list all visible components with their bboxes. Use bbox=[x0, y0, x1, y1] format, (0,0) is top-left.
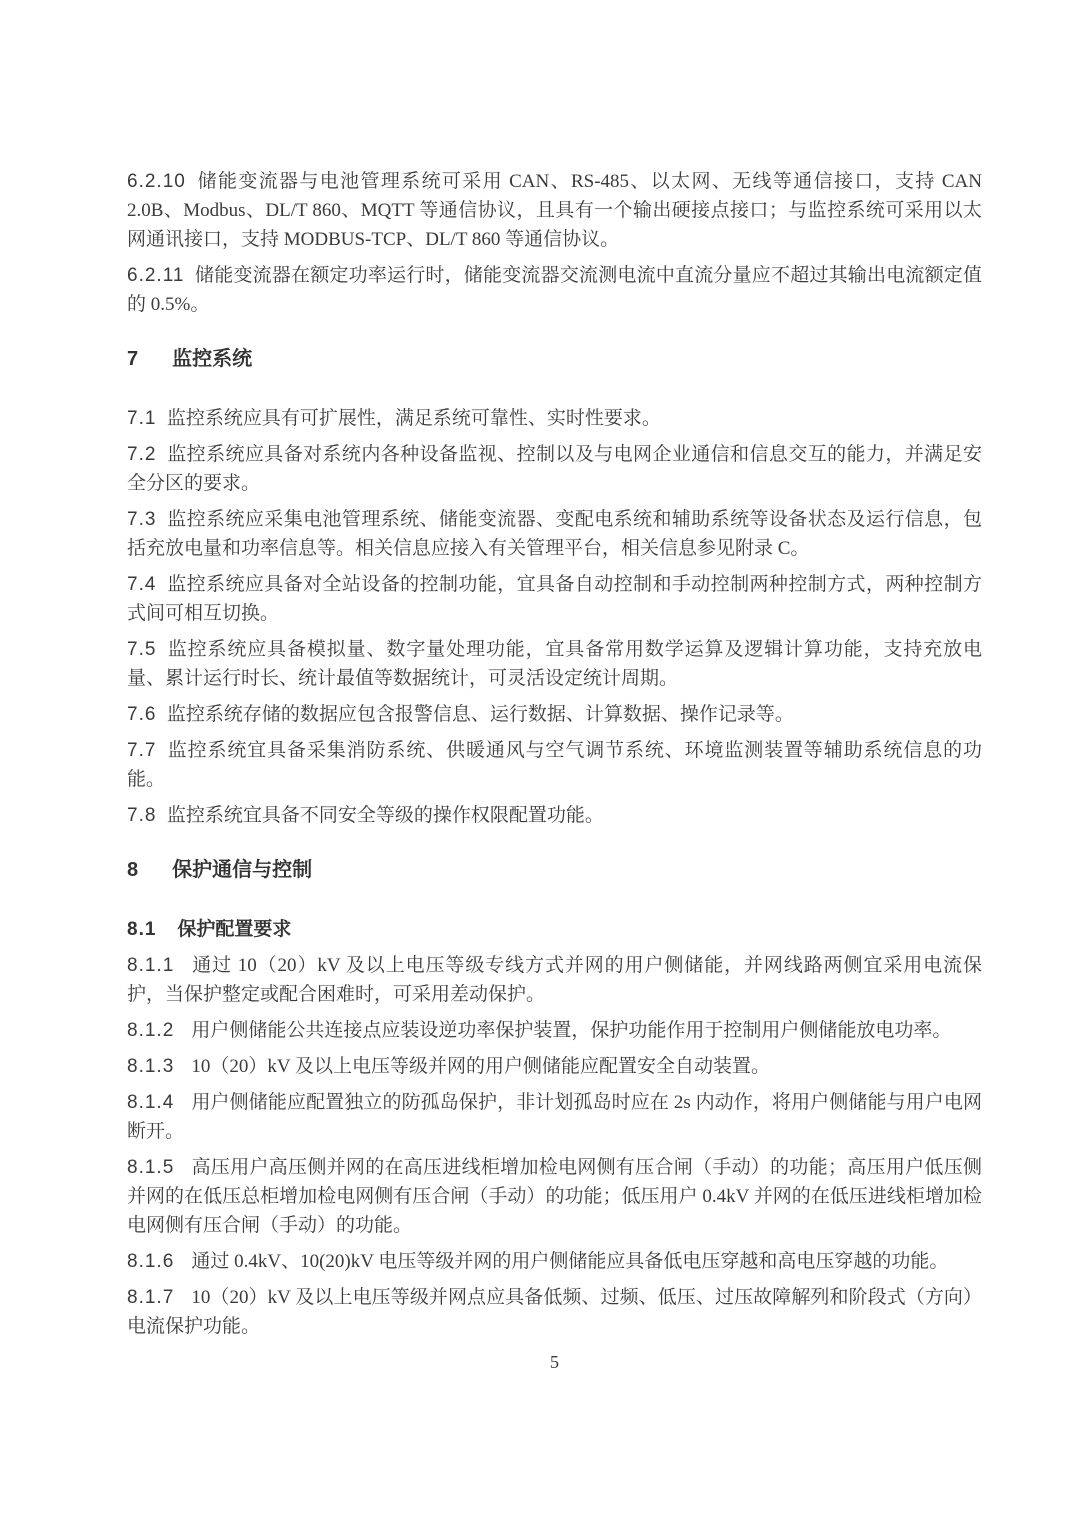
clause-number: 7.8 bbox=[127, 805, 156, 826]
clause-text: 用户侧储能应配置独立的防孤岛保护，非计划孤岛时应在 2s 内动作，将用户侧储能与… bbox=[127, 1092, 982, 1142]
clause-text: 储能变流器与电池管理系统可采用 CAN、RS-485、以太网、无线等通信接口，支… bbox=[127, 171, 982, 250]
clause-number: 7.2 bbox=[127, 444, 156, 465]
clause-number: 8.1.3 bbox=[127, 1056, 174, 1077]
clause-number: 7.3 bbox=[127, 509, 156, 530]
clause-text: 监控系统应具备对系统内各种设备监视、控制以及与电网企业通信和信息交互的能力，并满… bbox=[127, 444, 982, 494]
clause-text: 通过 0.4kV、10(20)kV 电压等级并网的用户侧储能应具备低电压穿越和高… bbox=[191, 1251, 948, 1272]
clause-text: 监控系统应具备对全站设备的控制功能，宜具备自动控制和手动控制两种控制方式，两种控… bbox=[127, 574, 982, 624]
clause-text: 用户侧储能公共连接点应装设逆功率保护装置，保护功能作用于控制用户侧储能放电功率。 bbox=[191, 1020, 951, 1041]
clause-number: 8.1.5 bbox=[127, 1157, 174, 1178]
page-footer: 5 bbox=[127, 1348, 982, 1377]
clause-text: 监控系统存储的数据应包含报警信息、运行数据、计算数据、操作记录等。 bbox=[167, 704, 794, 725]
clause-8-1-2: 8.1.2用户侧储能公共连接点应装设逆功率保护装置，保护功能作用于控制用户侧储能… bbox=[127, 1016, 982, 1045]
clause-text: 监控系统应采集电池管理系统、储能变流器、变配电系统和辅助系统等设备状态及运行信息… bbox=[127, 509, 982, 559]
section-8-1-heading: 8.1保护配置要求 bbox=[127, 915, 982, 944]
document-page: 6.2.10储能变流器与电池管理系统可采用 CAN、RS-485、以太网、无线等… bbox=[0, 0, 1080, 1527]
clause-text: 储能变流器在额定功率运行时，储能变流器交流测电流中直流分量应不超过其输出电流额定… bbox=[127, 265, 982, 315]
page-number: 5 bbox=[550, 1352, 559, 1372]
clause-number: 8.1.2 bbox=[127, 1020, 174, 1041]
clause-7-6: 7.6监控系统存储的数据应包含报警信息、运行数据、计算数据、操作记录等。 bbox=[127, 700, 982, 729]
clause-number: 6.2.10 bbox=[127, 171, 186, 192]
section-title: 监控系统 bbox=[172, 348, 252, 370]
clause-8-1-6: 8.1.6通过 0.4kV、10(20)kV 电压等级并网的用户侧储能应具备低电… bbox=[127, 1247, 982, 1276]
section-number: 8.1 bbox=[127, 919, 156, 940]
clause-text: 高压用户高压侧并网的在高压进线柜增加检电网侧有压合闸（手动）的功能；高压用户低压… bbox=[127, 1157, 982, 1236]
clause-text: 10（20）kV 及以上电压等级并网点应具备低频、过频、低压、过压故障解列和阶段… bbox=[127, 1287, 982, 1337]
clause-7-1: 7.1监控系统应具有可扩展性，满足系统可靠性、实时性要求。 bbox=[127, 404, 982, 433]
section-title: 保护配置要求 bbox=[177, 919, 291, 940]
section-title: 保护通信与控制 bbox=[172, 859, 312, 881]
clause-number: 7.7 bbox=[127, 740, 156, 761]
clause-number: 8.1.6 bbox=[127, 1251, 174, 1272]
clause-number: 6.2.11 bbox=[127, 265, 184, 286]
clause-text: 监控系统应具有可扩展性，满足系统可靠性、实时性要求。 bbox=[167, 408, 661, 429]
clause-text: 通过 10（20）kV 及以上电压等级专线方式并网的用户侧储能，并网线路两侧宜采… bbox=[127, 955, 982, 1005]
section-number: 7 bbox=[127, 348, 138, 370]
clause-7-8: 7.8监控系统宜具备不同安全等级的操作权限配置功能。 bbox=[127, 801, 982, 830]
clause-6-2-11: 6.2.11储能变流器在额定功率运行时，储能变流器交流测电流中直流分量应不超过其… bbox=[127, 261, 982, 319]
clause-8-1-5: 8.1.5高压用户高压侧并网的在高压进线柜增加检电网侧有压合闸（手动）的功能；高… bbox=[127, 1153, 982, 1240]
clause-7-7: 7.7监控系统宜具备采集消防系统、供暖通风与空气调节系统、环境监测装置等辅助系统… bbox=[127, 736, 982, 794]
clause-text: 监控系统应具备模拟量、数字量处理功能，宜具备常用数学运算及逻辑计算功能，支持充放… bbox=[127, 639, 982, 689]
clause-7-4: 7.4监控系统应具备对全站设备的控制功能，宜具备自动控制和手动控制两种控制方式，… bbox=[127, 570, 982, 628]
clause-number: 8.1.4 bbox=[127, 1092, 174, 1113]
clause-number: 7.4 bbox=[127, 574, 156, 595]
clause-7-5: 7.5监控系统应具备模拟量、数字量处理功能，宜具备常用数学运算及逻辑计算功能，支… bbox=[127, 635, 982, 693]
clause-number: 7.5 bbox=[127, 639, 156, 660]
clause-number: 7.6 bbox=[127, 704, 156, 725]
clause-text: 监控系统宜具备采集消防系统、供暖通风与空气调节系统、环境监测装置等辅助系统信息的… bbox=[127, 740, 982, 790]
section-7-heading: 7监控系统 bbox=[127, 345, 982, 374]
clause-number: 7.1 bbox=[127, 408, 156, 429]
clause-8-1-7: 8.1.710（20）kV 及以上电压等级并网点应具备低频、过频、低压、过压故障… bbox=[127, 1283, 982, 1341]
clause-number: 8.1.7 bbox=[127, 1287, 174, 1308]
clause-8-1-4: 8.1.4用户侧储能应配置独立的防孤岛保护，非计划孤岛时应在 2s 内动作，将用… bbox=[127, 1088, 982, 1146]
clause-number: 8.1.1 bbox=[127, 955, 174, 976]
clause-8-1-3: 8.1.310（20）kV 及以上电压等级并网的用户侧储能应配置安全自动装置。 bbox=[127, 1052, 982, 1081]
section-number: 8 bbox=[127, 859, 138, 881]
clause-7-3: 7.3监控系统应采集电池管理系统、储能变流器、变配电系统和辅助系统等设备状态及运… bbox=[127, 505, 982, 563]
clause-8-1-1: 8.1.1通过 10（20）kV 及以上电压等级专线方式并网的用户侧储能，并网线… bbox=[127, 951, 982, 1009]
clause-text: 10（20）kV 及以上电压等级并网的用户侧储能应配置安全自动装置。 bbox=[191, 1056, 770, 1077]
clause-6-2-10: 6.2.10储能变流器与电池管理系统可采用 CAN、RS-485、以太网、无线等… bbox=[127, 167, 982, 254]
clause-7-2: 7.2监控系统应具备对系统内各种设备监视、控制以及与电网企业通信和信息交互的能力… bbox=[127, 440, 982, 498]
section-8-heading: 8保护通信与控制 bbox=[127, 856, 982, 885]
clause-text: 监控系统宜具备不同安全等级的操作权限配置功能。 bbox=[167, 805, 604, 826]
